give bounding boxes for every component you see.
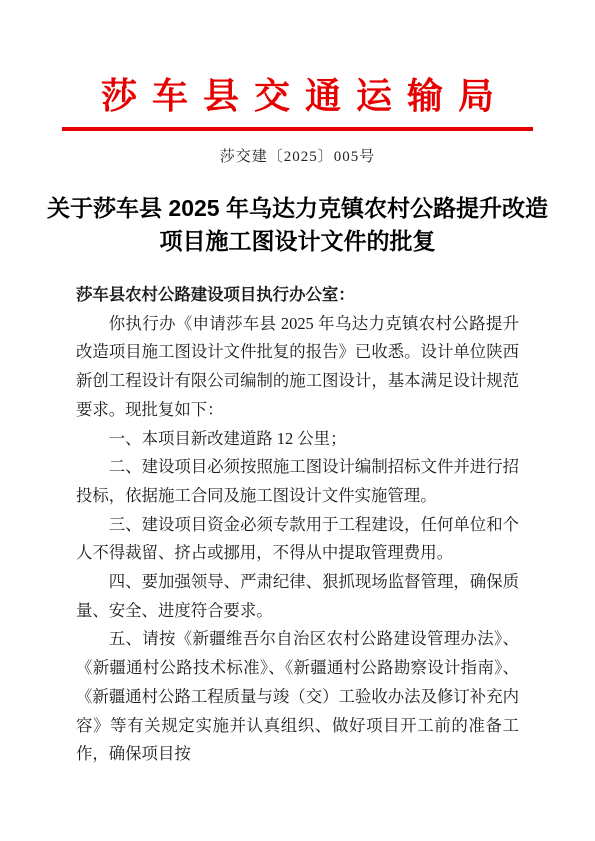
body-paragraph: 一、本项目新改建道路 12 公里；	[76, 425, 519, 454]
body-paragraph: 你执行办《申请莎车县 2025 年乌达力克镇农村公路提升改造项目施工图设计文件批…	[76, 310, 519, 425]
document-title: 关于莎车县 2025 年乌达力克镇农村公路提升改造 项目施工图设计文件的批复	[0, 192, 595, 258]
body-paragraph: 二、建设项目必须按照施工图设计编制招标文件并进行招投标，依据施工合同及施工图设计…	[76, 453, 519, 510]
document-title-line2: 项目施工图设计文件的批复	[160, 228, 436, 254]
salutation: 莎车县农村公路建设项目执行办公室：	[76, 281, 519, 310]
body-paragraph: 五、请按《新疆维吾尔自治区农村公路建设管理办法》、《新疆通村公路技术标准》、《新…	[76, 625, 519, 769]
body-paragraph: 四、要加强领导、严肃纪律、狠抓现场监督管理，确保质量、安全、进度符合要求。	[76, 568, 519, 625]
document-number: 莎交建〔2025〕005号	[0, 147, 595, 167]
body-paragraph: 三、建设项目资金必须专款用于工程建设，任何单位和个人不得裁留、挤占或挪用，不得从…	[76, 511, 519, 568]
document-body: 莎车县农村公路建设项目执行办公室： 你执行办《申请莎车县 2025 年乌达力克镇…	[76, 281, 519, 769]
header-divider-line	[62, 127, 533, 131]
document-page: 莎车县交通运输局 莎交建〔2025〕005号 关于莎车县 2025 年乌达力克镇…	[0, 0, 595, 841]
paragraph-list: 你执行办《申请莎车县 2025 年乌达力克镇农村公路提升改造项目施工图设计文件批…	[76, 310, 519, 769]
issuing-authority-title: 莎车县交通运输局	[0, 0, 595, 116]
document-title-line1: 关于莎车县 2025 年乌达力克镇农村公路提升改造	[47, 195, 548, 221]
